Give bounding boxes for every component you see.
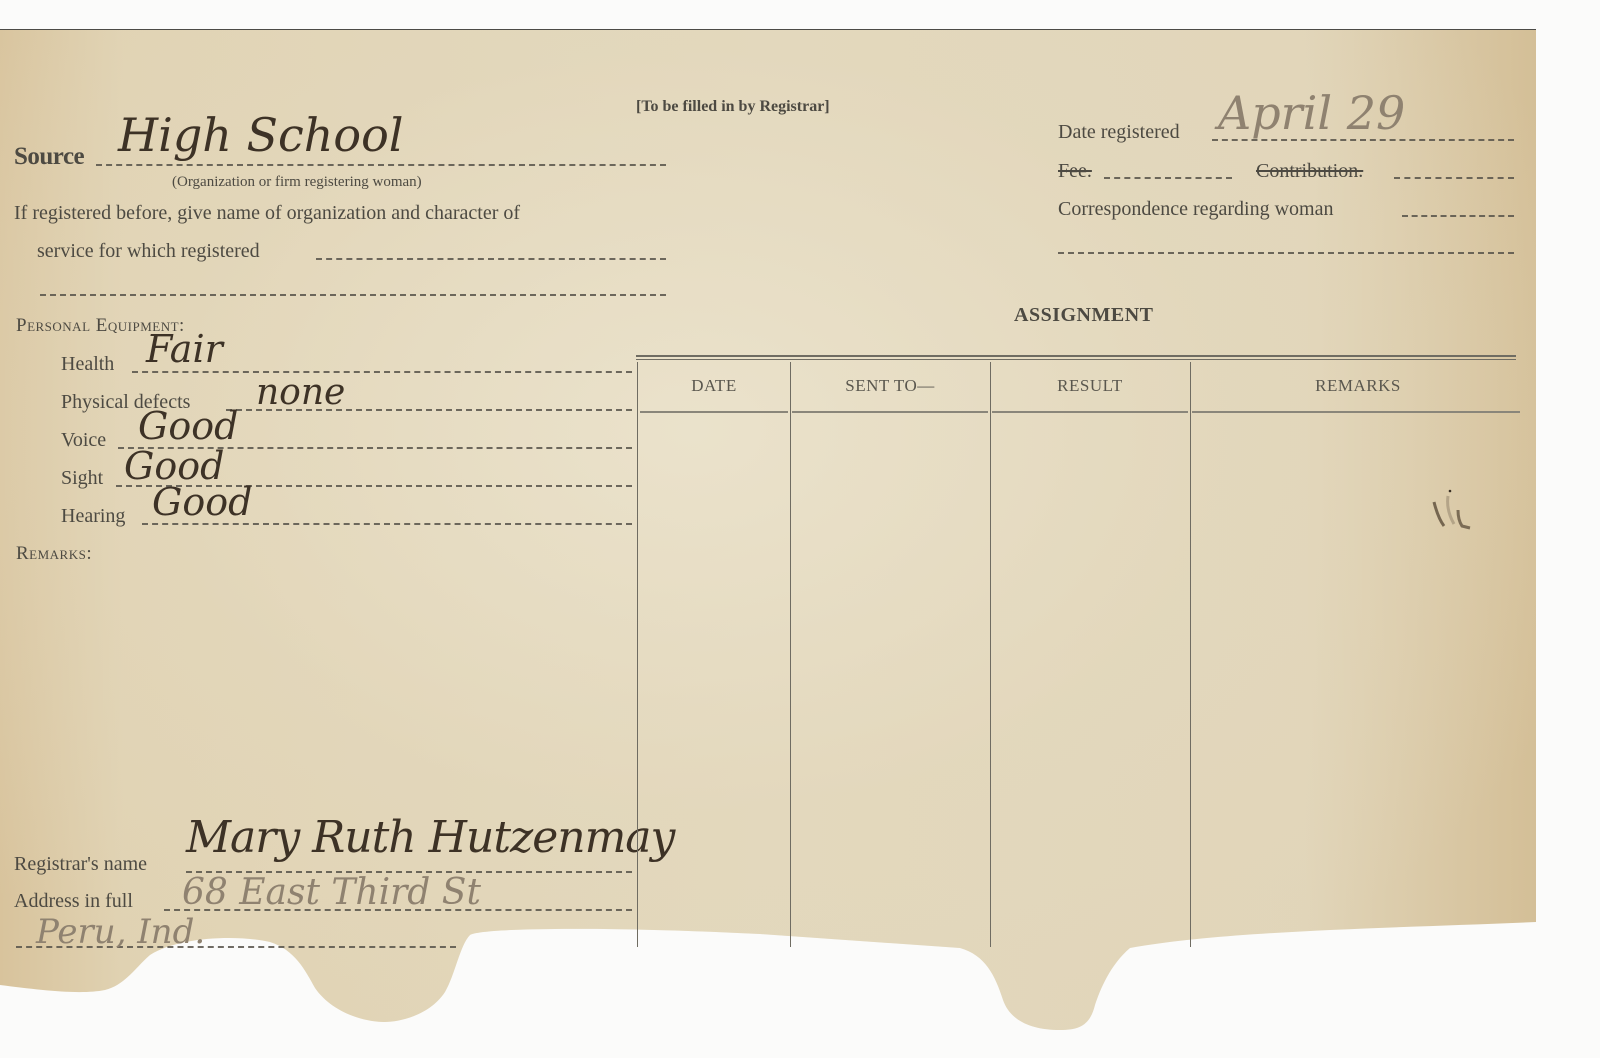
correspondence-field[interactable] xyxy=(1402,215,1514,217)
date-registered-value[interactable]: April 29 xyxy=(1218,86,1405,140)
previous-registration-line2: service for which registered xyxy=(37,240,260,263)
column-header-result: RESULT xyxy=(990,376,1190,396)
table-top-rule-2 xyxy=(636,359,1516,360)
assignment-title: ASSIGNMENT xyxy=(1014,304,1153,327)
physical-defects-value[interactable]: none xyxy=(256,372,345,413)
column-header-remarks: REMARKS xyxy=(1190,376,1526,396)
fee-label: Fee. xyxy=(1058,160,1092,183)
correspondence-label: Correspondence regarding woman xyxy=(1058,198,1333,221)
source-label: Source xyxy=(14,143,84,171)
address-line2-value[interactable]: Peru, Ind. xyxy=(36,912,205,952)
previous-registration-field[interactable] xyxy=(316,258,666,260)
health-line xyxy=(132,371,632,373)
remarks-label: Remarks: xyxy=(16,543,92,565)
contribution-label: Contribution. xyxy=(1256,160,1363,183)
hearing-value[interactable]: Good xyxy=(152,480,252,524)
voice-label: Voice xyxy=(61,429,106,452)
registrar-note: [To be filled in by Registrar] xyxy=(636,98,830,116)
voice-value[interactable]: Good xyxy=(138,404,238,448)
hearing-label: Hearing xyxy=(61,505,125,528)
column-header-sent-to: SENT TO— xyxy=(790,376,990,396)
source-line xyxy=(96,164,666,166)
address-line1-value[interactable]: 68 East Third St xyxy=(182,872,481,913)
ink-stain-mark xyxy=(1428,488,1472,532)
sight-label: Sight xyxy=(61,467,103,490)
previous-registration-line1: If registered before, give name of organ… xyxy=(14,202,520,225)
date-registered-label: Date registered xyxy=(1058,121,1180,144)
column-header-date: DATE xyxy=(638,376,790,396)
registrar-name-label: Registrar's name xyxy=(14,853,147,876)
table-top-rule xyxy=(636,355,1516,357)
source-value[interactable]: High School xyxy=(118,108,404,162)
registrar-name-value[interactable]: Mary Ruth Hutzenmay xyxy=(186,812,674,863)
assignment-table-body[interactable] xyxy=(637,412,1517,947)
fee-field[interactable] xyxy=(1104,177,1232,179)
address-label: Address in full xyxy=(14,890,133,913)
health-value[interactable]: Fair xyxy=(146,327,223,371)
correspondence-field-2[interactable] xyxy=(1058,252,1514,254)
previous-registration-field-2[interactable] xyxy=(40,294,666,296)
health-label: Health xyxy=(61,353,114,376)
source-caption: (Organization or firm registering woman) xyxy=(172,174,422,191)
contribution-field[interactable] xyxy=(1394,177,1514,179)
